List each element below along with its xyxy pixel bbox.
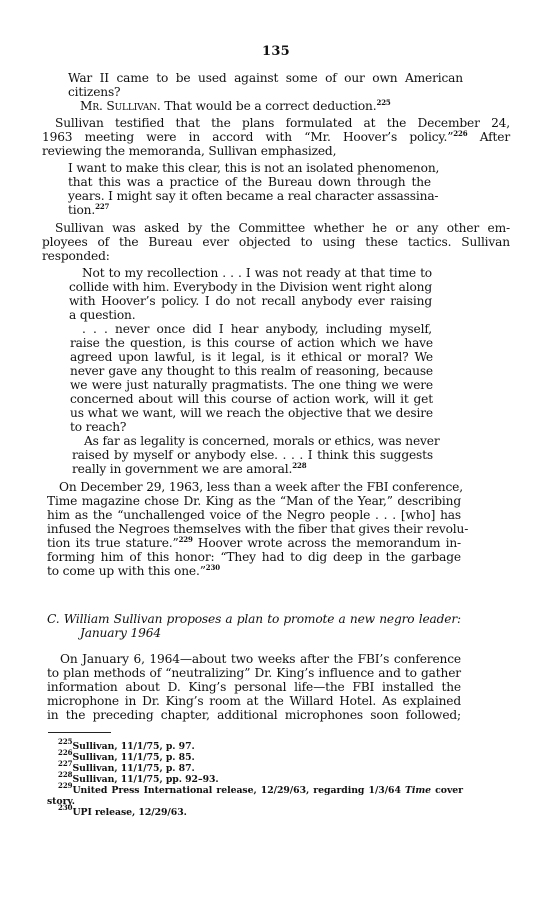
footnote-ref: 225 [376,98,390,107]
paragraph-line: responded: [42,249,110,263]
paragraph-line: microphone in Dr. King’s room at the Wil… [47,694,461,708]
blockquote-line: that this was a practice of the Bureau d… [68,175,431,189]
blockquote-line: . . . never once did I hear anybody, inc… [82,322,432,336]
section-heading-line-2: January 1964 [80,626,161,640]
footnote-ref: 230 [206,563,220,572]
footnote-ref: 227 [95,202,109,211]
footnote: 230UPI release, 12/29/63. [58,807,187,818]
footnote-number: 227 [58,759,72,768]
blockquote-line: tion.227 [68,203,109,217]
blockquote-line: we were just naturally pragmatists. The … [70,378,433,392]
footnote-number: 229 [58,781,72,790]
paragraph-line: Time magazine chose Dr. King as the “Man… [47,494,461,508]
footnote-number: 226 [58,748,72,757]
paragraph-line: ployees of the Bureau ever objected to u… [42,235,510,249]
text-span: tion. [68,203,95,217]
paragraph-line: him as the “unchallenged voice of the Ne… [47,508,461,522]
footnote-text: Sullivan, 11/1/75, p. 85. [72,752,194,763]
footnote-text: Sullivan, 11/1/75, pp. 92–93. [72,774,218,785]
paragraph-line: in the preceding chapter, additional mic… [47,708,461,722]
paragraph-line: infused the Negroes themselves with the … [47,522,461,536]
paragraph-line: information about D. King’s personal lif… [47,680,461,694]
blockquote-line: collide with him. Everybody in the Divis… [69,280,432,294]
blockquote-line: a question. [69,308,135,322]
paragraph-line: reviewing the memoranda, Sullivan emphas… [42,144,336,158]
footnote: 229United Press International release, 1… [58,785,463,796]
section-heading-line-1: C. William Sullivan proposes a plan to p… [47,612,461,626]
speaker-name: Mr. Sullivan. [80,99,161,113]
footnote-text-italic: Time [405,785,431,796]
blockquote-line: raised by myself or anybody else. . . . … [72,448,433,462]
footnote-text: Sullivan, 11/1/75, p. 87. [72,763,194,774]
paragraph-line: forming him of this honor: “They had to … [47,550,461,564]
paragraph-line: Sullivan was asked by the Committee whet… [55,221,510,235]
text-span: really in government we are amoral. [72,462,292,476]
footnote-number: 225 [58,737,72,746]
footnote: 226Sullivan, 11/1/75, p. 85. [58,752,195,763]
answer-text: That would be a correct deduction. [161,99,377,113]
paragraph-line: Sullivan testified that the plans formul… [55,116,510,130]
paragraph-line: to come up with this one.”230 [47,564,220,578]
question-line-1: War II came to be used against some of o… [68,71,463,85]
page-number: 135 [0,44,552,59]
answer-line: Mr. Sullivan. That would be a correct de… [80,99,391,113]
footnote: 228Sullivan, 11/1/75, pp. 92–93. [58,774,219,785]
blockquote-line: Not to my recollection . . . I was not r… [82,266,432,280]
text-span: Hoover wrote across the memorandum in- [193,536,461,550]
blockquote-line: years. I might say it often became a rea… [68,189,431,203]
text-span: 1963 meeting were in accord with “Mr. Ho… [42,130,453,144]
footnote-number: 228 [58,770,72,779]
footnote-number: 230 [58,803,72,812]
blockquote-line: really in government we are amoral.228 [72,462,306,476]
paragraph-line: On December 29, 1963, less than a week a… [59,480,461,494]
footnote: 225Sullivan, 11/1/75, p. 97. [58,741,195,752]
blockquote-line: As far as legality is concerned, morals … [84,434,433,448]
blockquote-line: agreed upon lawful, is it legal, is it e… [70,350,433,364]
blockquote-line: us what we want, will we reach the objec… [70,406,433,420]
footnote-ref: 228 [292,461,306,470]
question-line-2: citizens? [68,85,120,99]
blockquote-line: to reach? [70,420,126,434]
text-span: tion its true stature.” [47,536,179,550]
footnote-text: United Press International release, 12/2… [72,785,405,796]
paragraph-line: tion its true stature.”229 Hoover wrote … [47,536,461,550]
text-span: After [467,130,510,144]
text-span: to come up with this one.” [47,564,206,578]
footnote-text: UPI release, 12/29/63. [72,807,186,818]
footnote-text: cover [431,785,463,796]
blockquote-line: never gave any thought to this realm of … [70,364,433,378]
blockquote-line: with Hoover’s policy. I do not recall an… [69,294,432,308]
footnote-ref: 226 [453,129,467,138]
blockquote-line: concerned about will this course of acti… [70,392,433,406]
paragraph-line: 1963 meeting were in accord with “Mr. Ho… [42,130,510,144]
document-page: 135 War II came to be used against some … [0,0,552,901]
footnote-ref: 229 [179,535,193,544]
blockquote-line: raise the question, is this course of ac… [70,336,433,350]
paragraph-line: On January 6, 1964—about two weeks after… [60,652,461,666]
footnote-text: Sullivan, 11/1/75, p. 97. [72,741,194,752]
blockquote-line: I want to make this clear, this is not a… [68,161,431,175]
footnote: 227Sullivan, 11/1/75, p. 87. [58,763,195,774]
paragraph-line: to plan methods of “neutralizing” Dr. Ki… [47,666,461,680]
footnote-divider [48,732,111,733]
